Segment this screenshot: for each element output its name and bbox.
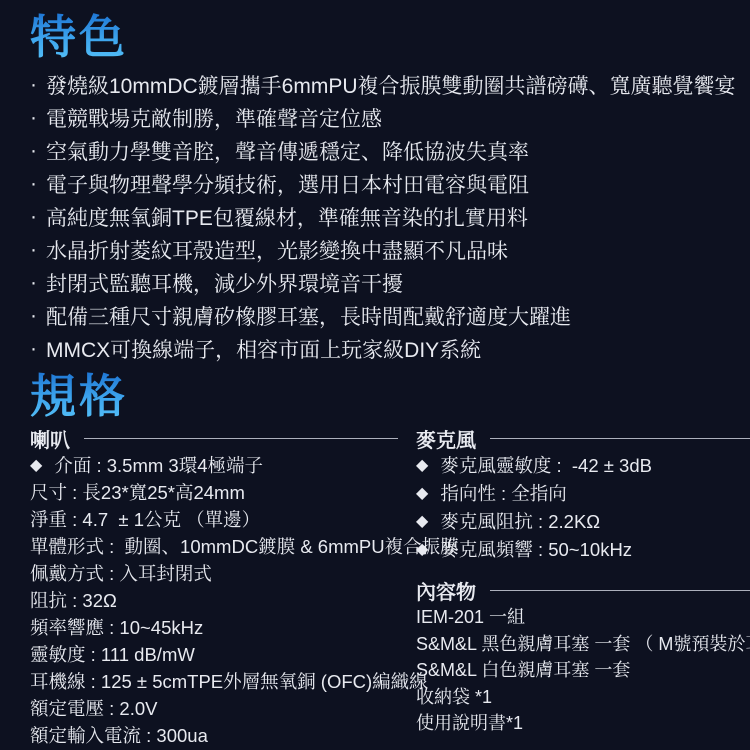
diamond-icon: ◆ xyxy=(416,483,428,503)
spec-row: 阻抗 : 32Ω xyxy=(30,586,402,613)
list-item: ·發燒級10mmDC鍍層攜手6mmPU複合振膜雙動圈共譜磅礡、寬廣聽覺饗宴 xyxy=(30,68,736,101)
spec-row: ◆麥克風頻響 : 50~10kHz xyxy=(416,535,750,563)
content-text: 收納袋 *1 xyxy=(416,683,492,709)
list-item: ·電子與物理聲學分頻技術，選用日本村田電容與電阻 xyxy=(30,167,736,200)
list-item: ·封閉式監聽耳機，減少外界環境音干擾 xyxy=(30,266,736,299)
specs-section: 規格 xyxy=(30,371,736,421)
content-text: IEM-201 一組 xyxy=(416,603,525,629)
spec-text: 尺寸 : 長23*寬25*高24mm xyxy=(30,479,245,505)
spec-row: 尺寸 : 長23*寬25*高24mm xyxy=(30,478,402,505)
spec-text: 淨重 : 4.7 ± 1公克 （單邊） xyxy=(30,506,260,532)
content-row: 使用說明書*1 xyxy=(416,709,750,736)
content-text: S&M&L 白色親膚耳塞 一套 xyxy=(416,656,630,682)
feature-text: 發燒級10mmDC鍍層攜手6mmPU複合振膜雙動圈共譜磅礡、寬廣聽覺饗宴 xyxy=(46,70,736,100)
spec-row: 淨重 : 4.7 ± 1公克 （單邊） xyxy=(30,505,402,532)
spec-text: 阻抗 : 32Ω xyxy=(30,587,117,613)
spec-row: 單體形式 : 動圈、10mmDC鍍膜 & 6mmPU複合振膜 xyxy=(30,532,402,559)
spec-row: 靈敏度 : 111 dB/mW xyxy=(30,640,402,667)
spec-text: 介面 : 3.5mm 3環4極端子 xyxy=(54,452,263,478)
spec-row: 耳機線 : 125 ± 5cmTPE外層無氧銅 (OFC)編織線 xyxy=(30,667,402,694)
diamond-icon: ◆ xyxy=(416,455,428,475)
spec-text: 頻率響應 : 10~45kHz xyxy=(30,614,203,640)
spec-text: 指向性 : 全指向 xyxy=(440,480,566,506)
spec-text: 麥克風頻響 : 50~10kHz xyxy=(440,536,632,562)
content-text: S&M&L 黑色親膚耳塞 一套 （ M號預裝於耳機） xyxy=(416,630,750,656)
specs-title: 規格 xyxy=(30,371,128,421)
spec-row: ◆介面 : 3.5mm 3環4極端子 xyxy=(30,451,402,478)
spec-text: 額定輸入電流 : 300ua xyxy=(30,722,208,748)
spec-row: 佩戴方式 : 入耳封閉式 xyxy=(30,559,402,586)
spec-row: 額定電壓 : 2.0V xyxy=(30,694,402,721)
spec-text: 額定電壓 : 2.0V xyxy=(30,695,157,721)
mic-label: 麥克風 xyxy=(416,424,476,453)
spec-row: ◆麥克風阻抗 : 2.2KΩ xyxy=(416,507,750,535)
diamond-icon: ◆ xyxy=(416,539,428,559)
divider-line xyxy=(490,590,750,591)
bullet-icon: · xyxy=(30,106,46,130)
speaker-group-header: 喇叭 xyxy=(30,425,402,451)
divider-line xyxy=(84,438,398,439)
feature-text: 電子與物理聲學分頻技術，選用日本村田電容與電阻 xyxy=(46,169,529,199)
spec-text: 靈敏度 : 111 dB/mW xyxy=(30,641,195,667)
content-row: 收納袋 *1 xyxy=(416,683,750,710)
list-item: ·高純度無氧銅TPE包覆線材，準確無音染的扎實用料 xyxy=(30,200,736,233)
list-item: ·空氣動力學雙音腔，聲音傳遞穩定、降低協波失真率 xyxy=(30,134,736,167)
features-title: 特色 xyxy=(30,12,128,62)
list-item: ·配備三種尺寸親膚矽橡膠耳塞，長時間配戴舒適度大躍進 xyxy=(30,299,736,332)
diamond-icon: ◆ xyxy=(30,455,42,475)
bullet-icon: · xyxy=(30,337,46,361)
feature-text: 電競戰場克敵制勝，準確聲音定位感 xyxy=(46,103,382,133)
list-item: ·MMCX可換線端子，相容市面上玩家級DIY系統 xyxy=(30,332,736,365)
mic-group-header: 麥克風 xyxy=(416,425,750,451)
divider-line xyxy=(490,438,750,439)
mic-and-contents-column: 麥克風 ◆麥克風靈敏度 : -42 ± 3dB ◆指向性 : 全指向 ◆麥克風阻… xyxy=(416,425,750,748)
bullet-icon: · xyxy=(30,238,46,262)
spec-text: 麥克風阻抗 : 2.2KΩ xyxy=(440,508,600,534)
bullet-icon: · xyxy=(30,205,46,229)
content-row: S&M&L 黑色親膚耳塞 一套 （ M號預裝於耳機） xyxy=(416,630,750,657)
features-list: ·發燒級10mmDC鍍層攜手6mmPU複合振膜雙動圈共譜磅礡、寬廣聽覺饗宴 ·電… xyxy=(30,68,736,365)
bullet-icon: · xyxy=(30,304,46,328)
spec-row: ◆麥克風靈敏度 : -42 ± 3dB xyxy=(416,451,750,479)
list-item: ·電競戰場克敵制勝，準確聲音定位感 xyxy=(30,101,736,134)
contents-label: 內容物 xyxy=(416,576,476,605)
content-row: S&M&L 白色親膚耳塞 一套 xyxy=(416,656,750,683)
speaker-column: 喇叭 ◆介面 : 3.5mm 3環4極端子 尺寸 : 長23*寬25*高24mm… xyxy=(30,425,402,748)
bullet-icon: · xyxy=(30,172,46,196)
spec-text: 耳機線 : 125 ± 5cmTPE外層無氧銅 (OFC)編織線 xyxy=(30,668,428,694)
product-spec-page: 特色 ·發燒級10mmDC鍍層攜手6mmPU複合振膜雙動圈共譜磅礡、寬廣聽覺饗宴… xyxy=(0,0,750,750)
speaker-label: 喇叭 xyxy=(30,424,70,453)
bullet-icon: · xyxy=(30,73,46,97)
contents-group-header: 內容物 xyxy=(416,577,750,603)
spec-text: 麥克風靈敏度 : -42 ± 3dB xyxy=(440,452,652,478)
spec-row: 頻率響應 : 10~45kHz xyxy=(30,613,402,640)
feature-text: 水晶折射菱紋耳殼造型，光影變換中盡顯不凡品味 xyxy=(46,235,508,265)
spec-text: 佩戴方式 : 入耳封閉式 xyxy=(30,560,212,586)
specs-columns: 喇叭 ◆介面 : 3.5mm 3環4極端子 尺寸 : 長23*寬25*高24mm… xyxy=(30,425,736,748)
spec-row: 額定輸入電流 : 300ua xyxy=(30,721,402,748)
feature-text: MMCX可換線端子，相容市面上玩家級DIY系統 xyxy=(46,334,481,364)
feature-text: 高純度無氧銅TPE包覆線材，準確無音染的扎實用料 xyxy=(46,202,528,232)
feature-text: 空氣動力學雙音腔，聲音傳遞穩定、降低協波失真率 xyxy=(46,136,529,166)
spec-row: ◆指向性 : 全指向 xyxy=(416,479,750,507)
features-section: 特色 ·發燒級10mmDC鍍層攜手6mmPU複合振膜雙動圈共譜磅礡、寬廣聽覺饗宴… xyxy=(30,12,736,365)
spec-text: 單體形式 : 動圈、10mmDC鍍膜 & 6mmPU複合振膜 xyxy=(30,533,459,559)
feature-text: 配備三種尺寸親膚矽橡膠耳塞，長時間配戴舒適度大躍進 xyxy=(46,301,571,331)
content-row: IEM-201 一組 xyxy=(416,603,750,630)
bullet-icon: · xyxy=(30,139,46,163)
diamond-icon: ◆ xyxy=(416,511,428,531)
list-item: ·水晶折射菱紋耳殼造型，光影變換中盡顯不凡品味 xyxy=(30,233,736,266)
feature-text: 封閉式監聽耳機，減少外界環境音干擾 xyxy=(46,268,403,298)
bullet-icon: · xyxy=(30,271,46,295)
content-text: 使用說明書*1 xyxy=(416,709,523,735)
